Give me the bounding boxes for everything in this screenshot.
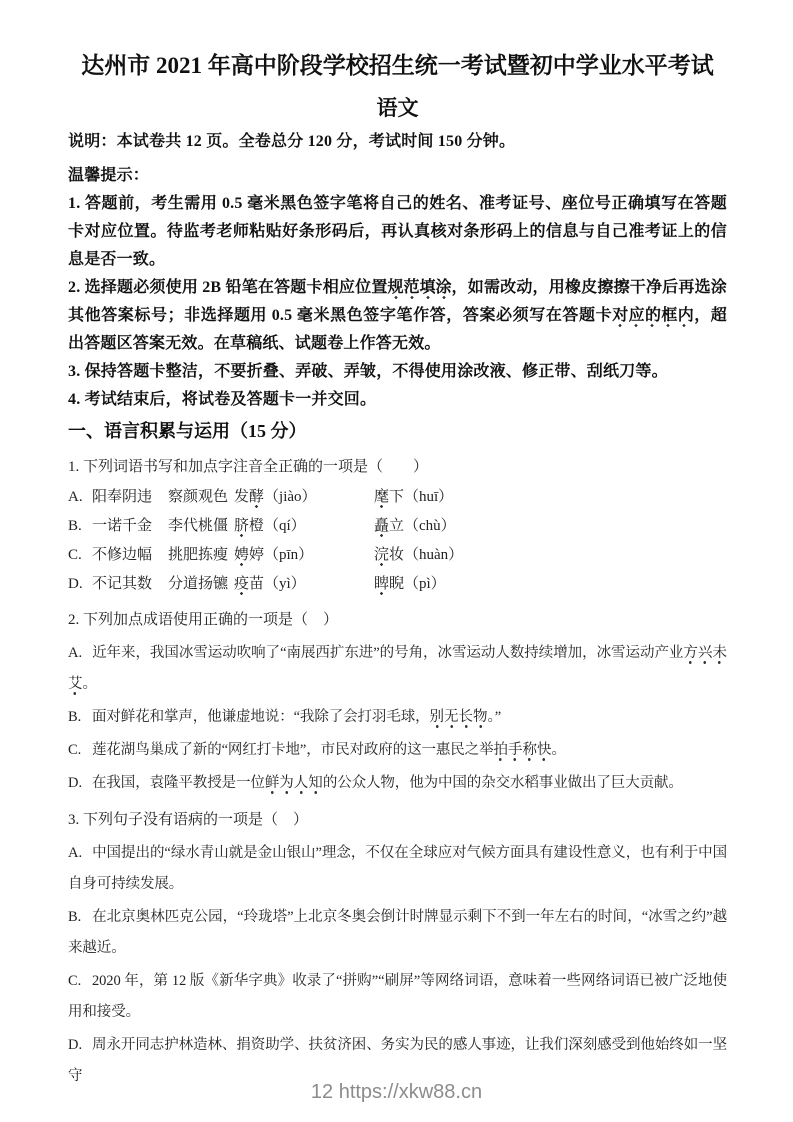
option-label: C.	[68, 735, 92, 766]
word-3-dotted-char: 脐	[234, 518, 249, 538]
option-text: 莲花湖鸟巢成了新的“网红打卡地”，市民对政府的这一惠民之举	[92, 742, 493, 758]
word-3-dotted-char: 酵	[249, 489, 264, 509]
option-label: B.	[68, 902, 92, 933]
page-content: 达州市 2021 年高中阶段学校招生统一考试暨初中学业水平考试 语文 说明：本试…	[0, 0, 793, 1092]
option-label: A.	[68, 483, 92, 512]
q3-option-a: A.中国提出的“绿水青山就是金山银山”理念，不仅在全球应对气候方面具有建设性意义…	[68, 838, 727, 900]
q1-option-c: C. 不修边幅 挑肥拣瘦 娉婷（pīn） 浣妆（huàn）	[68, 541, 727, 570]
exam-title: 达州市 2021 年高中阶段学校招生统一考试暨初中学业水平考试	[68, 50, 727, 82]
option-text: 在我国，袁隆平教授是一位	[92, 775, 265, 791]
section-1-heading: 一、语言积累与运用（15 分）	[68, 416, 727, 446]
option-text: 面对鲜花和掌声，他谦虚地说：“我除了会打羽毛球，	[92, 709, 430, 725]
word-3-rest: 橙（qí）	[249, 518, 306, 534]
tip-item-4: 4. 考试结束后，将试卷及答题卡一并交回。	[68, 386, 727, 414]
option-text: 周永开同志护林造林、捐资助学、扶贫济困、务实为民的感人事迹，让我们深刻感受到他始…	[68, 1037, 727, 1084]
question-3-stem: 3. 下列句子没有语病的一项是（ ）	[68, 805, 727, 836]
word-3-dotted-char: 娉	[234, 547, 249, 567]
word-group-3: 疫苗（yì）	[234, 570, 374, 599]
option-text-end: 。	[83, 676, 97, 692]
footer-text: 12 https://xkw88.cn	[311, 1081, 482, 1103]
option-text: 近年来，我国冰雪运动吹响了“南展西扩东进”的号角，冰雪运动人数持续增加，冰雪运动…	[92, 645, 683, 661]
word-4-rest: 妆（huàn）	[389, 547, 463, 563]
option-text-end: 。”	[488, 709, 502, 725]
exam-page: 达州市 2021 年高中阶段学校招生统一考试暨初中学业水平考试 语文 说明：本试…	[0, 0, 793, 1122]
word-group-2: 挑肥拣瘦	[168, 541, 234, 570]
question-1-stem: 1. 下列词语书写和加点字注音全正确的一项是（ ）	[68, 452, 727, 483]
q2-option-b: B.面对鲜花和掌声，他谦虚地说：“我除了会打羽毛球，别无长物。”	[68, 702, 727, 733]
emphasized-idiom: 鲜为人知	[265, 775, 323, 795]
option-text-end: 的公众人物，他为中国的杂交水稻事业做出了巨大贡献。	[323, 775, 683, 791]
option-label: A.	[68, 838, 92, 869]
q3-option-b: B.在北京奥林匹克公园，“玲珑塔”上北京冬奥会倒计时牌显示剩下不到一年左右的时间…	[68, 902, 727, 964]
word-4-rest: 下（huī）	[389, 489, 453, 505]
word-group-3: 脐橙（qí）	[234, 512, 374, 541]
emphasized-idiom: 别无长物	[430, 709, 488, 729]
word-3-rest: 婷（pīn）	[249, 547, 313, 563]
option-label: B.	[68, 512, 92, 541]
word-3-pre: 发	[234, 489, 249, 505]
word-4-dotted-char: 矗	[374, 518, 389, 538]
tip-item-3: 3. 保持答题卡整洁，不要折叠、弄破、弄皱，不得使用涂改液、修正带、刮纸刀等。	[68, 358, 727, 386]
exam-note: 说明：本试卷共 12 页。全卷总分 120 分，考试时间 150 分钟。	[68, 128, 727, 156]
option-label: C.	[68, 541, 92, 570]
option-label: D.	[68, 570, 92, 599]
tip-item-1: 1. 答题前，考生需用 0.5 毫米黑色签字笔将自己的姓名、准考证号、座位号正确…	[68, 190, 727, 274]
tip-2-emphasized-1: 规范填涂	[388, 279, 452, 300]
word-group-4: 睥睨（pì）	[374, 570, 727, 599]
tips-heading: 温馨提示：	[68, 162, 727, 190]
page-footer: 12 https://xkw88.cn	[0, 1081, 793, 1104]
word-group-4: 矗立（chù）	[374, 512, 727, 541]
word-3-rest: （jiào）	[264, 489, 317, 505]
tip-item-2: 2. 选择题必须使用 2B 铅笔在答题卡相应位置规范填涂，如需改动，用橡皮擦擦干…	[68, 274, 727, 358]
word-group-3: 发酵（jiào）	[234, 483, 374, 512]
option-text: 中国提出的“绿水青山就是金山银山”理念，不仅在全球应对气候方面具有建设性意义，也…	[68, 845, 727, 892]
option-label: D.	[68, 1030, 92, 1061]
option-label: D.	[68, 768, 92, 799]
subject-title: 语文	[68, 94, 727, 122]
word-group-1: 不修边幅	[92, 541, 168, 570]
word-group-2: 分道扬镳	[168, 570, 234, 599]
q2-option-c: C.莲花湖鸟巢成了新的“网红打卡地”，市民对政府的这一惠民之举拍手称快。	[68, 735, 727, 766]
word-4-rest: 睨（pì）	[389, 576, 446, 592]
option-label: B.	[68, 702, 92, 733]
q2-option-d: D.在我国，袁隆平教授是一位鲜为人知的公众人物，他为中国的杂交水稻事业做出了巨大…	[68, 768, 727, 799]
question-1-options: A. 阳奉阴违 察颜观色 发酵（jiào） 麾下（huī） B. 一诺千金 李代…	[68, 483, 727, 599]
word-group-1: 阳奉阴违	[92, 483, 168, 512]
q1-option-d: D. 不记其数 分道扬镳 疫苗（yì） 睥睨（pì）	[68, 570, 727, 599]
word-group-2: 李代桃僵	[168, 512, 234, 541]
word-4-dotted-char: 浣	[374, 547, 389, 567]
word-group-4: 麾下（huī）	[374, 483, 727, 512]
option-text: 在北京奥林匹克公园，“玲珑塔”上北京冬奥会倒计时牌显示剩下不到一年左右的时间，“…	[68, 909, 727, 956]
option-text: 2020 年，第 12 版《新华字典》收录了“拼购”“刷屏”等网络词语，意味着一…	[68, 973, 727, 1020]
q1-option-b: B. 一诺千金 李代桃僵 脐橙（qí） 矗立（chù）	[68, 512, 727, 541]
q3-option-c: C.2020 年，第 12 版《新华字典》收录了“拼购”“刷屏”等网络词语，意味…	[68, 966, 727, 1028]
word-4-dotted-char: 麾	[374, 489, 389, 509]
q1-option-a: A. 阳奉阴违 察颜观色 发酵（jiào） 麾下（huī）	[68, 483, 727, 512]
q2-option-a: A.近年来，我国冰雪运动吹响了“南展西扩东进”的号角，冰雪运动人数持续增加，冰雪…	[68, 638, 727, 700]
word-group-1: 不记其数	[92, 570, 168, 599]
word-group-1: 一诺千金	[92, 512, 168, 541]
option-label: C.	[68, 966, 92, 997]
tip-2-emphasized-2: 对应的框内	[612, 307, 694, 328]
tip-2-part-a: 2. 选择题必须使用 2B 铅笔在答题卡相应位置	[68, 279, 388, 296]
word-3-rest: 苗（yì）	[249, 576, 306, 592]
word-4-dotted-char: 睥	[374, 576, 389, 596]
question-2-stem: 2. 下列加点成语使用正确的一项是（ ）	[68, 605, 727, 636]
word-group-2: 察颜观色	[168, 483, 234, 512]
emphasized-idiom: 拍手称快	[493, 742, 551, 762]
word-group-4: 浣妆（huàn）	[374, 541, 727, 570]
option-text-end: 。	[551, 742, 565, 758]
word-3-dotted-char: 疫	[234, 576, 249, 596]
option-label: A.	[68, 638, 92, 669]
word-group-3: 娉婷（pīn）	[234, 541, 374, 570]
word-4-rest: 立（chù）	[389, 518, 456, 534]
